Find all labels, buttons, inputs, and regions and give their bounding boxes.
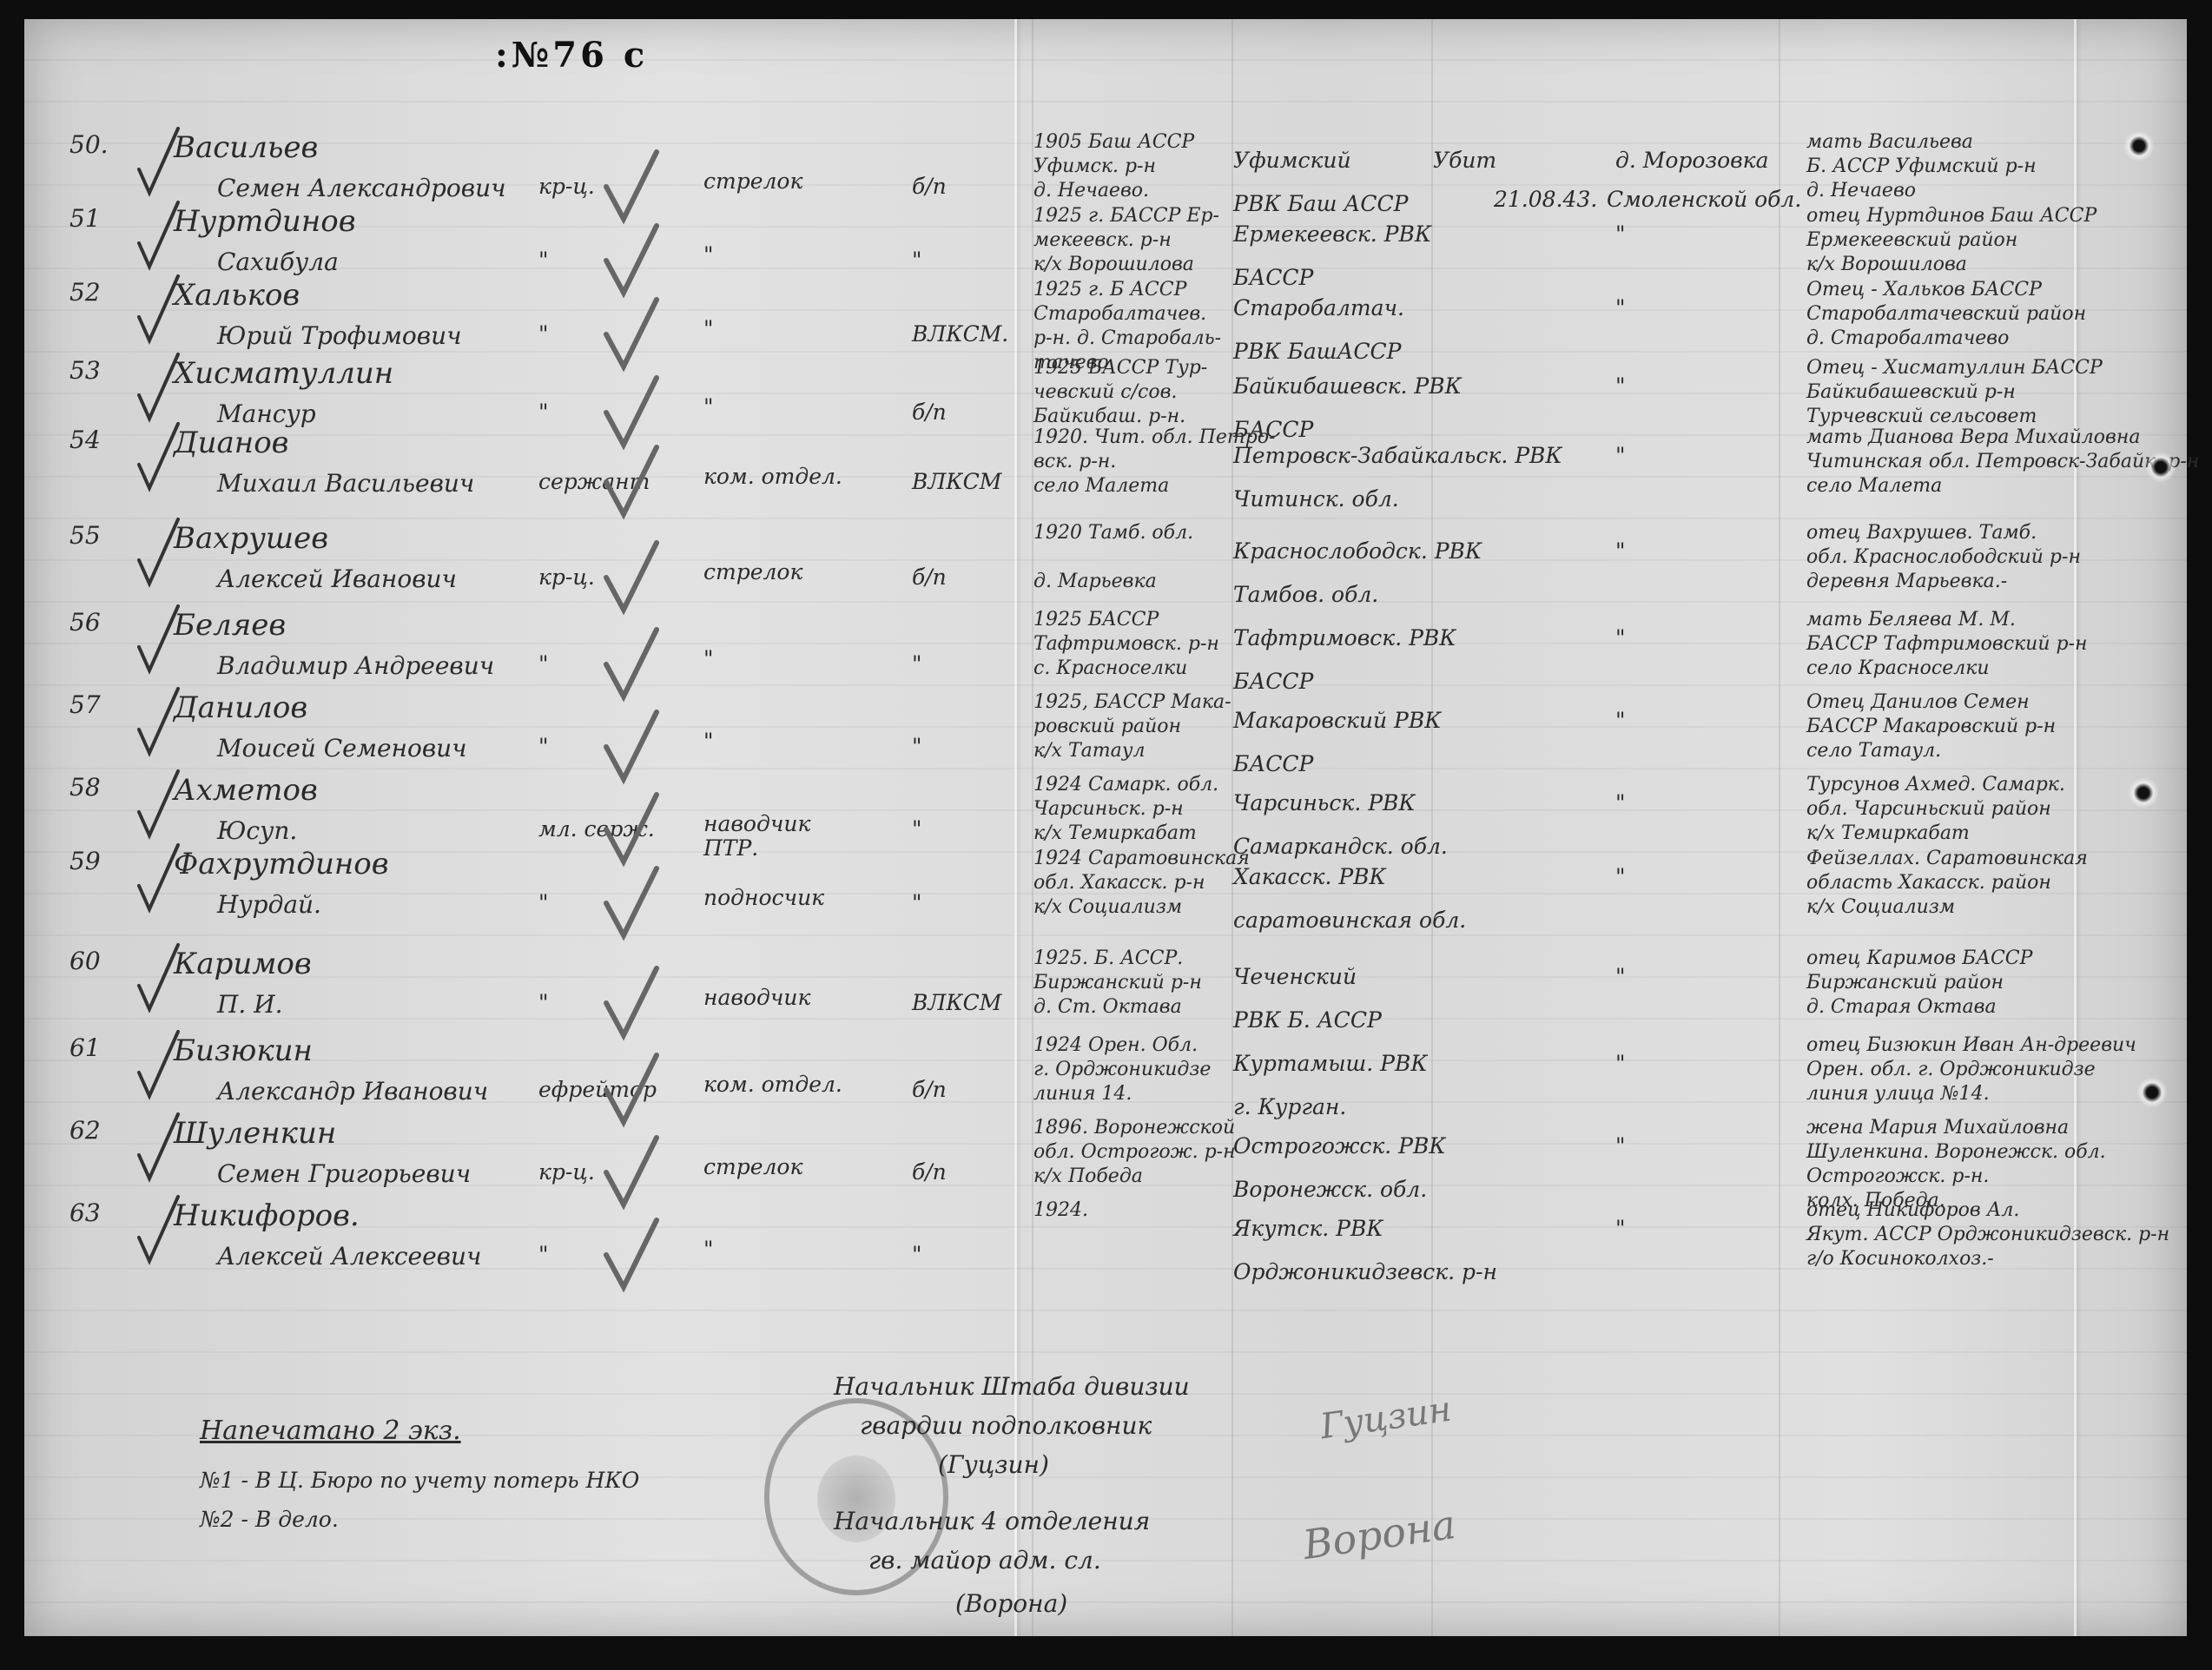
burial-place-line-1: " bbox=[1615, 295, 1626, 320]
draft-office-line-1: Чеченский bbox=[1233, 964, 1357, 989]
position: ком. отдел. bbox=[703, 1073, 842, 1097]
position: " bbox=[703, 1238, 714, 1262]
birth-info: 1925. Б. АССР. Биржанский р-н д. Ст. Окт… bbox=[1033, 947, 1202, 1020]
draft-office-line-1: Куртамыш. РВК bbox=[1233, 1051, 1428, 1076]
row-number: 61 bbox=[69, 1033, 101, 1062]
row-number: 51 bbox=[69, 204, 101, 233]
position: стрелок bbox=[703, 1155, 802, 1179]
burial-place-line-2: Смоленской обл. bbox=[1607, 187, 1801, 212]
paper-hole bbox=[2123, 130, 2155, 162]
surname: Хисматуллин bbox=[174, 356, 393, 391]
party-status: " bbox=[912, 734, 922, 759]
surname: Шуленкин bbox=[174, 1116, 336, 1151]
draft-office-line-2: Читинск. обл. bbox=[1233, 486, 1399, 512]
position: подносчик bbox=[703, 886, 824, 910]
draft-office-line-1: Уфимский bbox=[1233, 148, 1351, 173]
given-names: Владимир Андреевич bbox=[217, 651, 494, 680]
given-names: Нурдай. bbox=[217, 890, 321, 919]
row-number: 52 bbox=[69, 278, 101, 307]
given-names: Алексей Алексеевич bbox=[217, 1242, 481, 1271]
signer-1-rank: гвардии подполковник bbox=[860, 1411, 1152, 1440]
draft-office-line-2: БАССР bbox=[1233, 751, 1313, 776]
surname: Хальков bbox=[174, 278, 300, 313]
copy-2-destination: №2 - В дело. bbox=[200, 1507, 339, 1532]
given-names: Михаил Васильевич bbox=[217, 469, 474, 498]
burial-place-line-1: " bbox=[1615, 1216, 1626, 1241]
surname: Никифоров. bbox=[174, 1198, 360, 1233]
position: стрелок bbox=[703, 169, 802, 194]
given-names: Семен Григорьевич bbox=[217, 1159, 471, 1188]
rank: " bbox=[538, 990, 549, 1015]
draft-office-line-1: Острогожск. РВК bbox=[1233, 1133, 1446, 1158]
rank: " bbox=[538, 651, 549, 677]
birth-info: 1924. bbox=[1033, 1198, 1088, 1223]
position: наводчик ПТР. bbox=[703, 812, 810, 861]
draft-office-line-2: саратовинская обл. bbox=[1233, 908, 1466, 933]
given-names: Юсуп. bbox=[217, 816, 297, 845]
surname: Васильев bbox=[174, 130, 318, 165]
birth-info: 1924 Самарк. обл. Чарсиньск. р-н к/х Тем… bbox=[1033, 773, 1218, 846]
row-number: 63 bbox=[69, 1198, 101, 1227]
draft-office-line-2: Тамбов. обл. bbox=[1233, 582, 1378, 607]
birth-info: 1925, БАССР Мака- ровский район к/х Тата… bbox=[1033, 690, 1231, 763]
burial-place-line-1: " bbox=[1615, 1051, 1626, 1076]
party-status: " bbox=[912, 816, 922, 842]
party-status: б/п bbox=[912, 1159, 947, 1185]
party-status: б/п bbox=[912, 174, 947, 199]
burial-place-line-1: " bbox=[1615, 864, 1626, 889]
checkmark-icon bbox=[599, 864, 660, 942]
birth-info: 1924 Саратовинская обл. Хакасск. р-н к/х… bbox=[1033, 847, 1250, 920]
given-names: Семен Александрович bbox=[217, 174, 506, 202]
checkmark-icon bbox=[599, 1133, 660, 1211]
family-info: мать Васильева Б. АССР Уфимский р-н д. Н… bbox=[1806, 130, 2037, 203]
paper-hole bbox=[2128, 777, 2159, 809]
checkmark-icon bbox=[599, 221, 660, 300]
surname: Дианов bbox=[174, 426, 288, 460]
burial-place-line-1: " bbox=[1615, 538, 1626, 564]
given-names: Мансур bbox=[217, 399, 316, 428]
checkmark-icon bbox=[599, 538, 660, 617]
rank: " bbox=[538, 399, 549, 425]
checkmark-icon bbox=[599, 964, 660, 1042]
birth-info: 1905 Баш АССР Уфимск. р-н д. Нечаево. bbox=[1033, 130, 1194, 203]
rank: кр-ц. bbox=[538, 1159, 595, 1185]
position: " bbox=[703, 647, 714, 671]
column-rule bbox=[1231, 19, 1233, 1636]
row-number: 62 bbox=[69, 1116, 101, 1145]
birth-info: 1925 БАССР Тур- чевский с/сов. Байкибаш.… bbox=[1033, 356, 1207, 429]
draft-office-line-2: Самаркандск. обл. bbox=[1233, 834, 1448, 859]
draft-office-line-1: Ермекеевск. РВК bbox=[1233, 221, 1431, 247]
draft-office-line-1: Якутск. РВК bbox=[1233, 1216, 1383, 1241]
signer-2-rank: гв. майор адм. сл. bbox=[868, 1546, 1101, 1574]
rank: кр-ц. bbox=[538, 174, 595, 199]
row-number: 55 bbox=[69, 521, 101, 550]
birth-info: 1920 Тамб. обл. д. Марьевка bbox=[1033, 521, 1193, 594]
draft-office-line-1: Байкибашевск. РВК bbox=[1233, 373, 1462, 399]
given-names: Юрий Трофимович bbox=[217, 321, 462, 350]
row-number: 56 bbox=[69, 608, 101, 637]
position: наводчик bbox=[703, 986, 810, 1010]
draft-office-line-2: г. Курган. bbox=[1233, 1094, 1346, 1119]
rank: " bbox=[538, 1242, 549, 1267]
family-info: Отец - Хальков БАССР Старобалтачевский р… bbox=[1806, 278, 2086, 351]
burial-place-line-1: " bbox=[1615, 443, 1626, 468]
position: " bbox=[703, 395, 714, 419]
family-info: Турсунов Ахмед. Самарк. обл. Чарсиньский… bbox=[1806, 773, 2065, 846]
position: ком. отдел. bbox=[703, 465, 842, 489]
checkmark-icon bbox=[599, 148, 660, 226]
family-info: Отец Данилов Семен БАССР Макаровский р-н… bbox=[1806, 690, 2056, 763]
surname: Бизюкин bbox=[174, 1033, 313, 1068]
given-names: Сахибула bbox=[217, 248, 339, 276]
party-status: ВЛКСМ bbox=[912, 469, 1001, 494]
checkmark-icon bbox=[599, 1051, 660, 1129]
rank: " bbox=[538, 248, 549, 273]
family-info: мать Беляева М. М. БАССР Тафтримовский р… bbox=[1806, 608, 2088, 681]
row-number: 58 bbox=[69, 773, 101, 802]
surname: Данилов bbox=[174, 690, 307, 725]
draft-office-line-1: Петровск-Забайкальск. РВК bbox=[1233, 443, 1562, 468]
party-status: б/п bbox=[912, 399, 947, 425]
birth-info: 1925 БАССР Тафтримовск. р-н с. Красносел… bbox=[1033, 608, 1219, 681]
birth-info: 1896. Воронежской обл. Острогож. р-н к/х… bbox=[1033, 1116, 1236, 1189]
family-info: мать Дианова Вера Михайловна Читинская о… bbox=[1806, 426, 2199, 498]
draft-office-line-2: РВК БашАССР bbox=[1233, 339, 1401, 364]
signer-2-name: (Ворона) bbox=[955, 1589, 1067, 1618]
surname: Каримов bbox=[174, 947, 312, 981]
draft-office-line-1: Макаровский РВК bbox=[1233, 708, 1442, 733]
checkmark-icon bbox=[599, 443, 660, 521]
checkmark-icon bbox=[599, 295, 660, 373]
burial-place-line-1: д. Морозовка bbox=[1615, 148, 1769, 173]
surname: Вахрушев bbox=[174, 521, 328, 556]
row-number: 57 bbox=[69, 690, 101, 719]
given-names: Моисей Семенович bbox=[217, 734, 467, 762]
row-number: 60 bbox=[69, 947, 101, 975]
paper-hole bbox=[2145, 452, 2176, 483]
checkmark-icon bbox=[599, 1216, 660, 1294]
rank: кр-ц. bbox=[538, 564, 595, 590]
position: стрелок bbox=[703, 560, 802, 584]
copies-title: Напечатано 2 экз. bbox=[200, 1416, 461, 1446]
burial-place-line-1: " bbox=[1615, 373, 1626, 399]
draft-office-line-2: БАССР bbox=[1233, 669, 1313, 694]
burial-place-line-1: " bbox=[1615, 790, 1626, 815]
row-number: 50. bbox=[69, 130, 109, 159]
burial-place-line-1: " bbox=[1615, 625, 1626, 650]
signer-1-title: Начальник Штаба дивизии bbox=[834, 1372, 1190, 1401]
checkmark-icon bbox=[599, 790, 660, 868]
party-status: " bbox=[912, 248, 922, 273]
surname: Ахметов bbox=[174, 773, 318, 808]
party-status: б/п bbox=[912, 1077, 947, 1102]
draft-office-line-2: Воронежск. обл. bbox=[1233, 1177, 1427, 1202]
position: " bbox=[703, 729, 714, 754]
party-status: б/п bbox=[912, 564, 947, 590]
rank: " bbox=[538, 890, 549, 915]
draft-office-line-1: Старобалтач. bbox=[1233, 295, 1404, 320]
draft-office-line-2: РВК Б. АССР bbox=[1233, 1007, 1382, 1033]
row-number: 54 bbox=[69, 426, 101, 454]
burial-place-line-1: " bbox=[1615, 708, 1626, 733]
checkmark-icon bbox=[599, 373, 660, 452]
draft-office-line-2: Орджоникидзевск. р-н bbox=[1233, 1259, 1497, 1284]
family-info: Фейзеллах. Саратовинская область Хакасск… bbox=[1806, 847, 2088, 920]
burial-place-line-1: " bbox=[1615, 221, 1626, 247]
party-status: " bbox=[912, 890, 922, 915]
signer-1-name: (Гуцзин) bbox=[938, 1450, 1049, 1479]
party-status: " bbox=[912, 1242, 922, 1267]
birth-info: 1925 г. БАССР Ер- мекеевск. р-н к/х Воро… bbox=[1033, 204, 1219, 277]
family-info: отец Никифоров Ал. Якут. АССР Орджоникид… bbox=[1806, 1198, 2169, 1271]
given-names: П. И. bbox=[217, 990, 283, 1019]
draft-office-line-1: Тафтримовск. РВК bbox=[1233, 625, 1456, 650]
burial-place-line-1: " bbox=[1615, 1133, 1626, 1158]
draft-office-line-1: Хакасск. РВК bbox=[1233, 864, 1386, 889]
rank: " bbox=[538, 734, 549, 759]
column-rule bbox=[1779, 19, 1780, 1636]
position: " bbox=[703, 243, 714, 267]
family-info: отец Бизюкин Иван Ан-дреевич Орен. обл. … bbox=[1806, 1033, 2136, 1106]
copy-1-destination: №1 - В Ц. Бюро по учету потерь НКО bbox=[200, 1468, 639, 1493]
draft-office-line-1: Краснослободск. РВК bbox=[1233, 538, 1482, 564]
row-number: 53 bbox=[69, 356, 101, 385]
row-number: 59 bbox=[69, 847, 101, 875]
surname: Фахрутдинов bbox=[174, 847, 389, 881]
loss-date: 21.08.43. bbox=[1494, 187, 1597, 212]
family-info: отец Каримов БАССР Биржанский район д. С… bbox=[1806, 947, 2032, 1020]
header-stamp: :№76 с bbox=[495, 35, 648, 76]
burial-place-line-1: " bbox=[1615, 964, 1626, 989]
draft-office-line-2: РВК Баш АССР bbox=[1233, 191, 1408, 216]
given-names: Александр Иванович bbox=[217, 1077, 488, 1106]
surname: Нуртдинов bbox=[174, 204, 355, 239]
given-names: Алексей Иванович bbox=[217, 564, 457, 593]
party-status: " bbox=[912, 651, 922, 677]
checkmark-icon bbox=[599, 625, 660, 703]
party-status: ВЛКСМ bbox=[912, 990, 1001, 1015]
loss-status: Убит bbox=[1433, 148, 1496, 173]
surname: Беляев bbox=[174, 608, 286, 643]
birth-info: 1924 Орен. Обл. г. Орджоникидзе линия 14… bbox=[1033, 1033, 1211, 1106]
family-info: Отец - Хисматуллин БАССР Байкибашевский … bbox=[1806, 356, 2103, 429]
rank: " bbox=[538, 321, 549, 347]
position: " bbox=[703, 317, 714, 341]
signer-2-title: Начальник 4 отделения bbox=[834, 1507, 1150, 1535]
family-info: отец Нуртдинов Баш АССР Ермекеевский рай… bbox=[1806, 204, 2096, 277]
paper-hole bbox=[2136, 1077, 2168, 1108]
family-info: отец Вахрушев. Тамб. обл. Краснослободск… bbox=[1806, 521, 2081, 594]
draft-office-line-2: БАССР bbox=[1233, 265, 1313, 290]
party-status: ВЛКСМ. bbox=[912, 321, 1008, 347]
draft-office-line-1: Чарсиньск. РВК bbox=[1233, 790, 1416, 815]
checkmark-icon bbox=[599, 708, 660, 786]
